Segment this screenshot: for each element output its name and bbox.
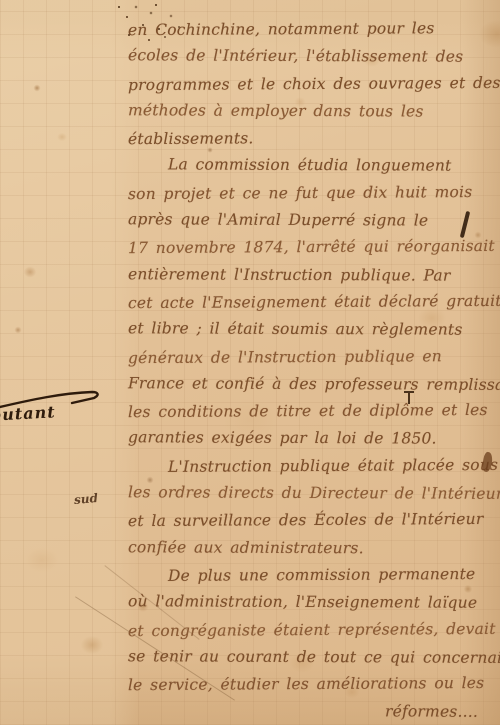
handwritten-line: La commission étudia longuement [128,152,492,181]
handwritten-line: généraux de l'Instruction publique en [128,342,492,372]
scanned-manuscript-screenshot: en Cochinchine, notamment pour les école… [0,0,500,725]
handwritten-line: en Cochinchine, notamment pour les [128,15,492,45]
ink-speckle-cluster [118,6,120,8]
handwritten-line: son projet et ce ne fut que dix huit moi… [128,179,492,209]
manuscript-text-block: en Cochinchine, notamment pour les école… [128,16,492,725]
handwritten-line: 17 novembre 1874, l'arrêté qui réorganis… [128,233,492,263]
handwritten-line: après que l'Amiral Duperré signa le [128,206,492,235]
handwritten-line: écoles de l'Intérieur, l'établissement d… [128,43,492,72]
handwritten-line: les conditions de titre et de diplôme et… [128,397,492,427]
handwritten-line: réformes.... [128,698,492,725]
handwritten-line: établissements. [128,124,492,154]
handwritten-line: le service, étudier les améliorations ou… [128,670,492,700]
handwritten-line: se tenir au courant de tout ce qui conce… [128,643,492,672]
handwritten-line: entièrement l'Instruction publique. Par [128,261,492,290]
margin-annotation: butant [0,402,56,424]
handwritten-line: et la surveillance des Écoles de l'Intér… [128,506,492,536]
handwritten-line: confiée aux administrateurs. [128,534,492,563]
handwritten-line: où l'administration, l'Enseignement laïq… [128,588,492,617]
handwritten-line: France et confié à des professeurs rempl… [128,370,492,399]
handwritten-line: garanties exigées par la loi de 1850. [128,425,492,454]
handwritten-line: cet acte l'Enseignement était déclaré gr… [128,288,492,318]
ink-correction-mark [408,391,410,404]
handwritten-line: De plus une commission permanente [128,561,492,591]
handwritten-line: L'Instruction publique était placée sous [128,452,492,482]
handwritten-line: méthodes à employer dans tous les [128,97,492,126]
handwritten-line: programmes et le choix des ouvrages et d… [128,69,492,99]
handwritten-line: et congréganiste étaient représentés, de… [128,615,492,645]
handwritten-line: et libre ; il était soumis aux règlement… [128,315,492,344]
margin-small-mark: sud [73,491,98,507]
handwritten-line: les ordres directs du Directeur de l'Int… [128,479,492,508]
